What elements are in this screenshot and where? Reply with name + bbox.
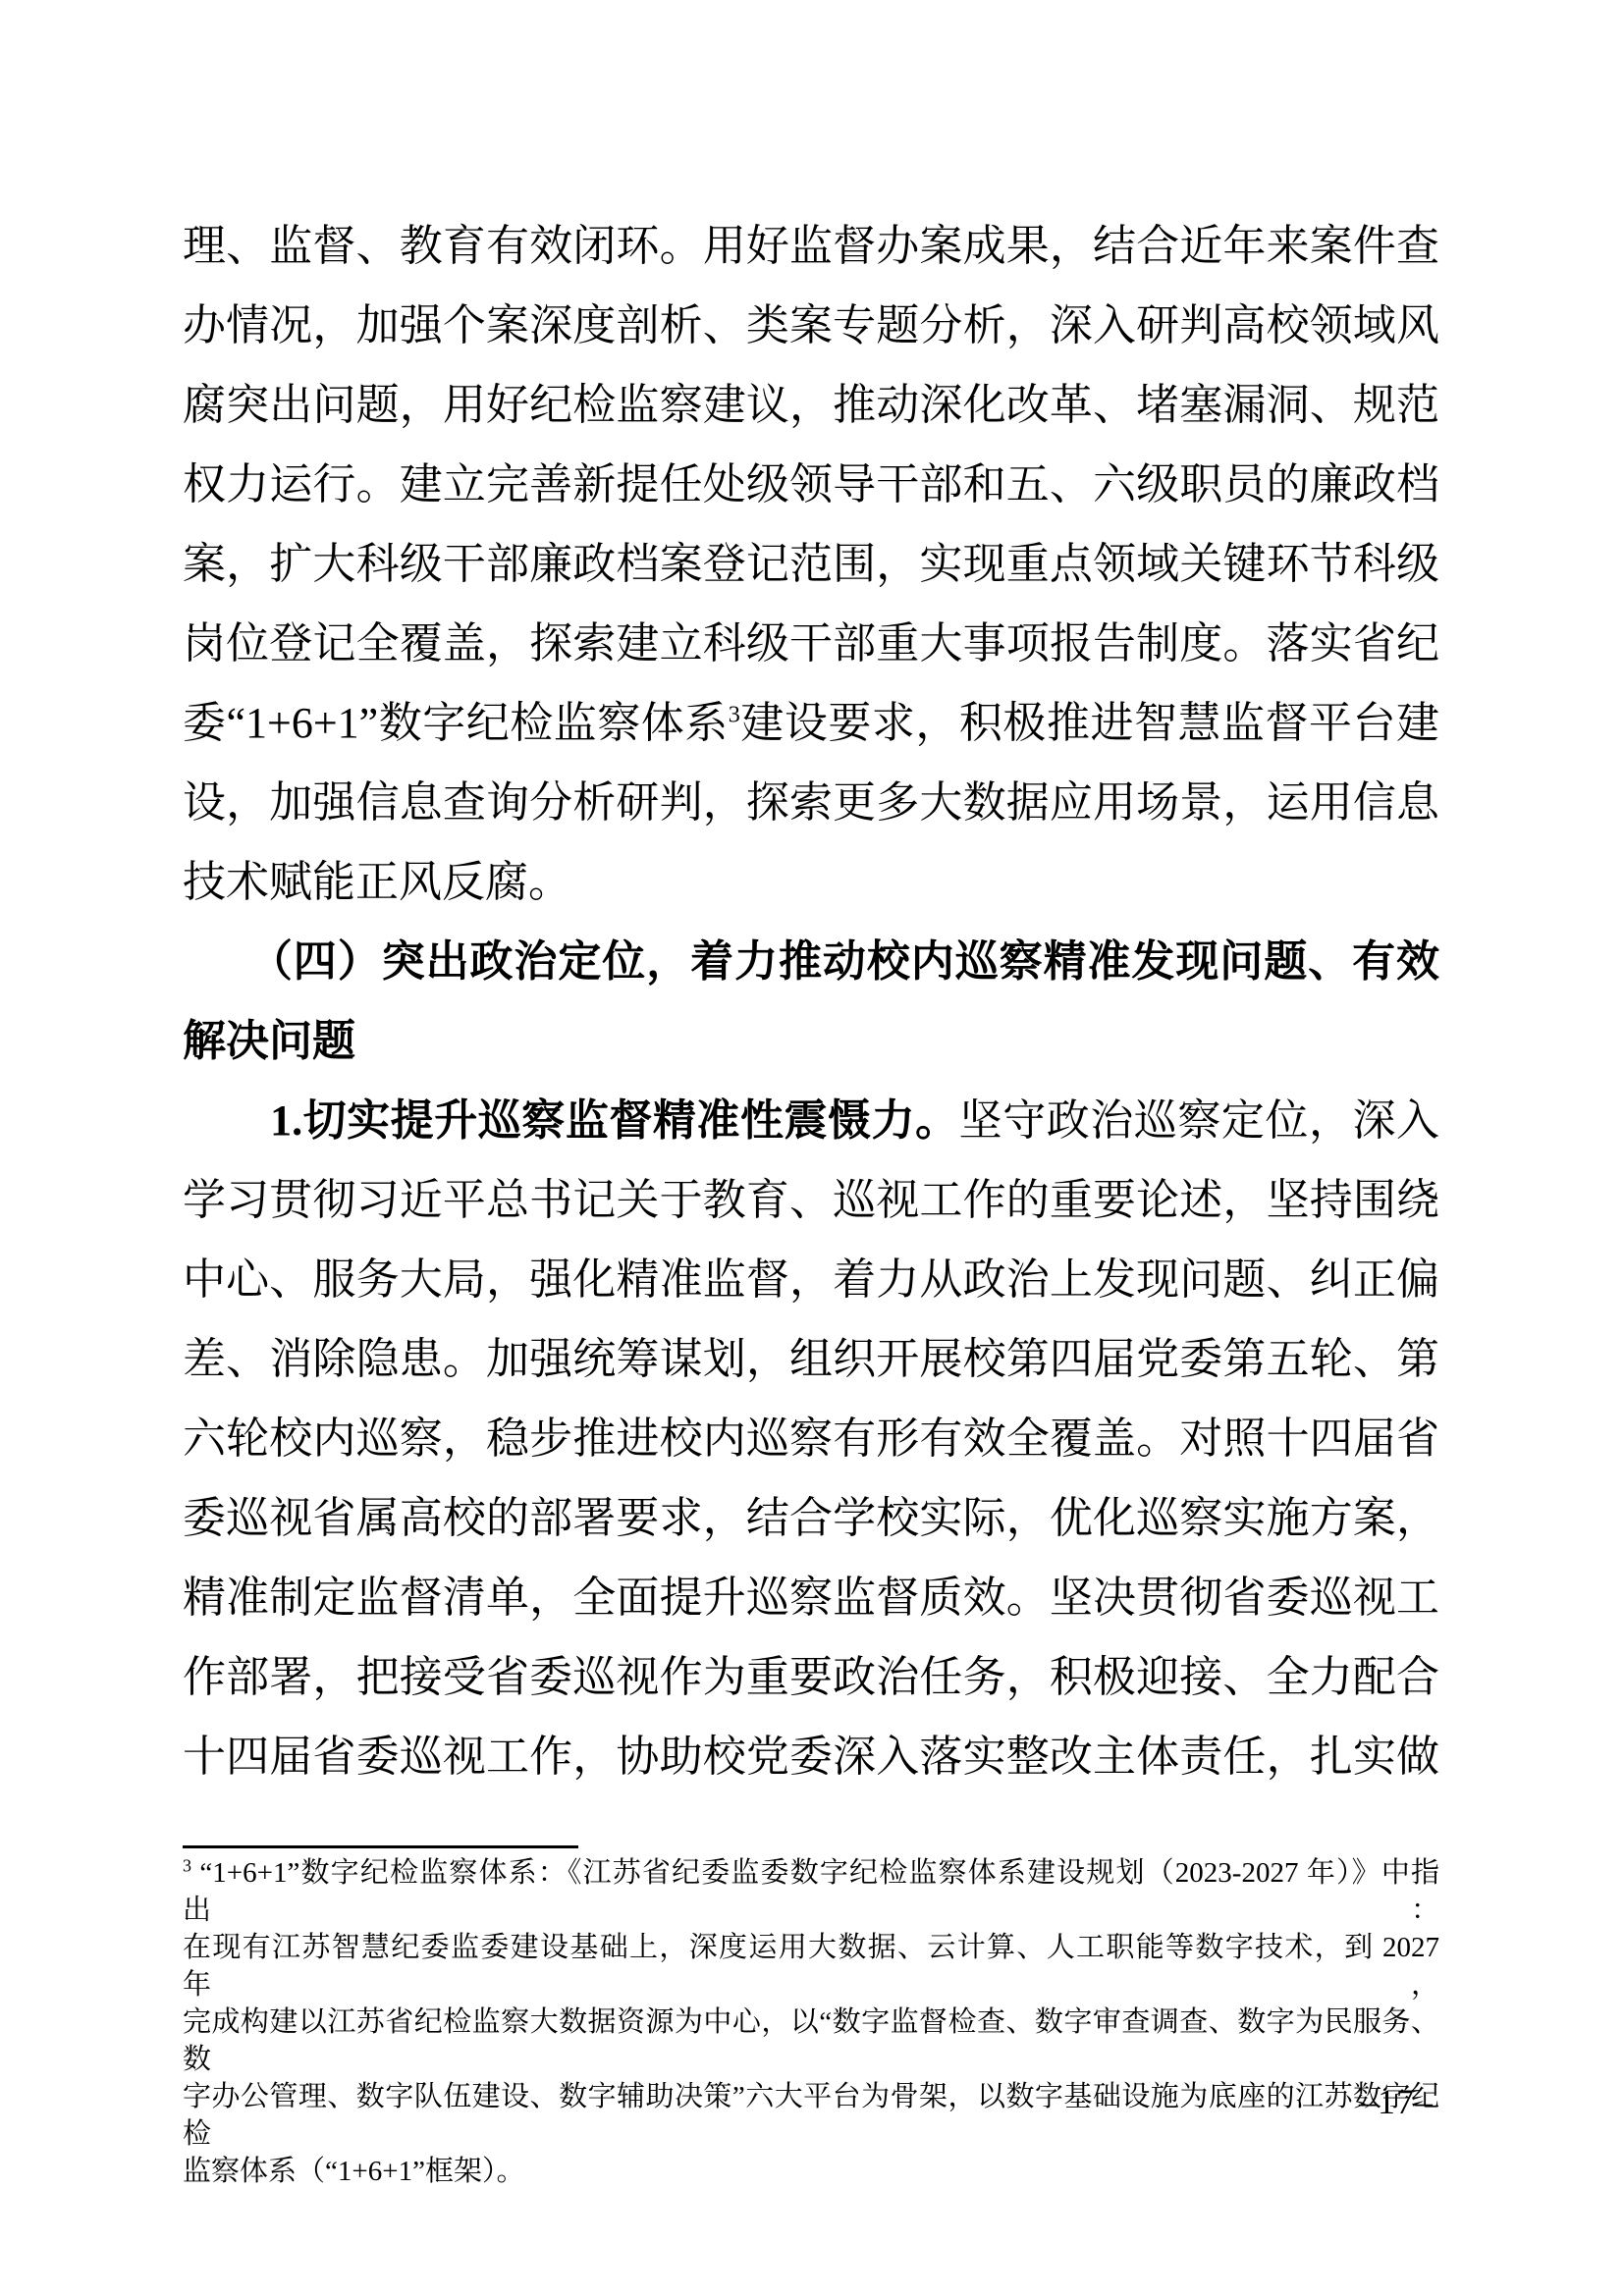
- footnote-reference-mark: 3: [729, 701, 740, 727]
- section-heading-line: （四）突出政治定位，着力推动校内巡察精准发现问题、有效: [183, 922, 1439, 1001]
- body-line: 委“1+6+1”数字纪检监察体系3建设要求，积极推进智慧监督平台建: [183, 683, 1439, 763]
- footnote-line: 完成构建以江苏省纪检监察大数据资源为中心，以“数字监督检查、数字审查调查、数字为…: [183, 2003, 1439, 2078]
- subsection-heading-text: 1.切实提升巡察监督精准性震慑力。: [183, 1096, 959, 1145]
- body-line: 六轮校内巡察，稳步推进校内巡察有形有效全覆盖。对照十四届省: [183, 1399, 1439, 1478]
- body-line: 权力运行。建立完善新提任处级领导干部和五、六级职员的廉政档: [183, 445, 1439, 524]
- body-line: 精准制定监督清单，全面提升巡察监督质效。坚决贯彻省委巡视工: [183, 1558, 1439, 1637]
- footnote-number: 3: [183, 1855, 191, 1875]
- body-line: 差、消除隐患。加强统筹谋划，组织开展校第四届党委第五轮、第: [183, 1319, 1439, 1399]
- body-line: 技术赋能正风反腐。: [183, 842, 1439, 922]
- body-line: 案，扩大科级干部廉政档案登记范围，实现重点领域关键环节科级: [183, 524, 1439, 604]
- body-line: 中心、服务大局，强化精准监督，着力从政治上发现问题、纠正偏: [183, 1240, 1439, 1319]
- body-line: 腐突出问题，用好纪检监察建议，推动深化改革、堵塞漏洞、规范: [183, 365, 1439, 445]
- body-line-text: 委“1+6+1”数字纪检监察体系: [183, 699, 729, 747]
- body-line: 学习贯彻习近平总书记关于教育、巡视工作的重要论述，坚持围绕: [183, 1160, 1439, 1240]
- footnote-block: 3 “1+6+1”数字纪检监察体系：《江苏省纪委监委数字纪检监察体系建设规划（2…: [183, 1854, 1439, 2190]
- footnote-separator-line: [183, 1845, 578, 1848]
- body-line: 岗位登记全覆盖，探索建立科级干部重大事项报告制度。落实省纪: [183, 604, 1439, 683]
- body-line: 理、监督、教育有效闭环。用好监督办案成果，结合近年来案件查: [183, 206, 1439, 286]
- body-line: 1.切实提升巡察监督精准性震慑力。坚守政治巡察定位，深入: [183, 1081, 1439, 1160]
- footnote-line: 监察体系（“1+6+1”框架）。: [183, 2153, 1439, 2190]
- section-heading-line: 解决问题: [183, 1001, 1439, 1081]
- body-line: 设，加强信息查询分析研判，探索更多大数据应用场景，运用信息: [183, 763, 1439, 842]
- document-page: 理、监督、教育有效闭环。用好监督办案成果，结合近年来案件查 办情况，加强个案深度…: [0, 0, 1624, 2296]
- body-line: 委巡视省属高校的部署要求，结合学校实际，优化巡察实施方案，: [183, 1478, 1439, 1558]
- body-line-text: 建设要求，积极推进智慧监督平台建: [740, 699, 1439, 747]
- body-line: 十四届省委巡视工作，协助校党委深入落实整改主体责任，扎实做: [183, 1717, 1439, 1796]
- footnote-line: 3 “1+6+1”数字纪检监察体系：《江苏省纪委监委数字纪检监察体系建设规划（2…: [183, 1854, 1439, 1929]
- body-line-text: 坚守政治巡察定位，深入: [959, 1096, 1439, 1145]
- page-number: –17–: [1359, 2081, 1434, 2122]
- body-line: 作部署，把接受省委巡视作为重要政治任务，积极迎接、全力配合: [183, 1637, 1439, 1717]
- footnote-line-text: “1+6+1”数字纪检监察体系：《江苏省纪委监委数字纪检监察体系建设规划（202…: [183, 1857, 1439, 1926]
- footnote-line: 在现有江苏智慧纪委监委建设基础上，深度运用大数据、云计算、人工职能等数字技术，到…: [183, 1929, 1439, 2003]
- footnote-line: 字办公管理、数字队伍建设、数字辅助决策”六大平台为骨架，以数字基础设施为底座的江…: [183, 2078, 1439, 2153]
- body-line: 办情况，加强个案深度剖析、类案专题分析，深入研判高校领域风: [183, 286, 1439, 365]
- body-text-block: 理、监督、教育有效闭环。用好监督办案成果，结合近年来案件查 办情况，加强个案深度…: [183, 206, 1439, 1796]
